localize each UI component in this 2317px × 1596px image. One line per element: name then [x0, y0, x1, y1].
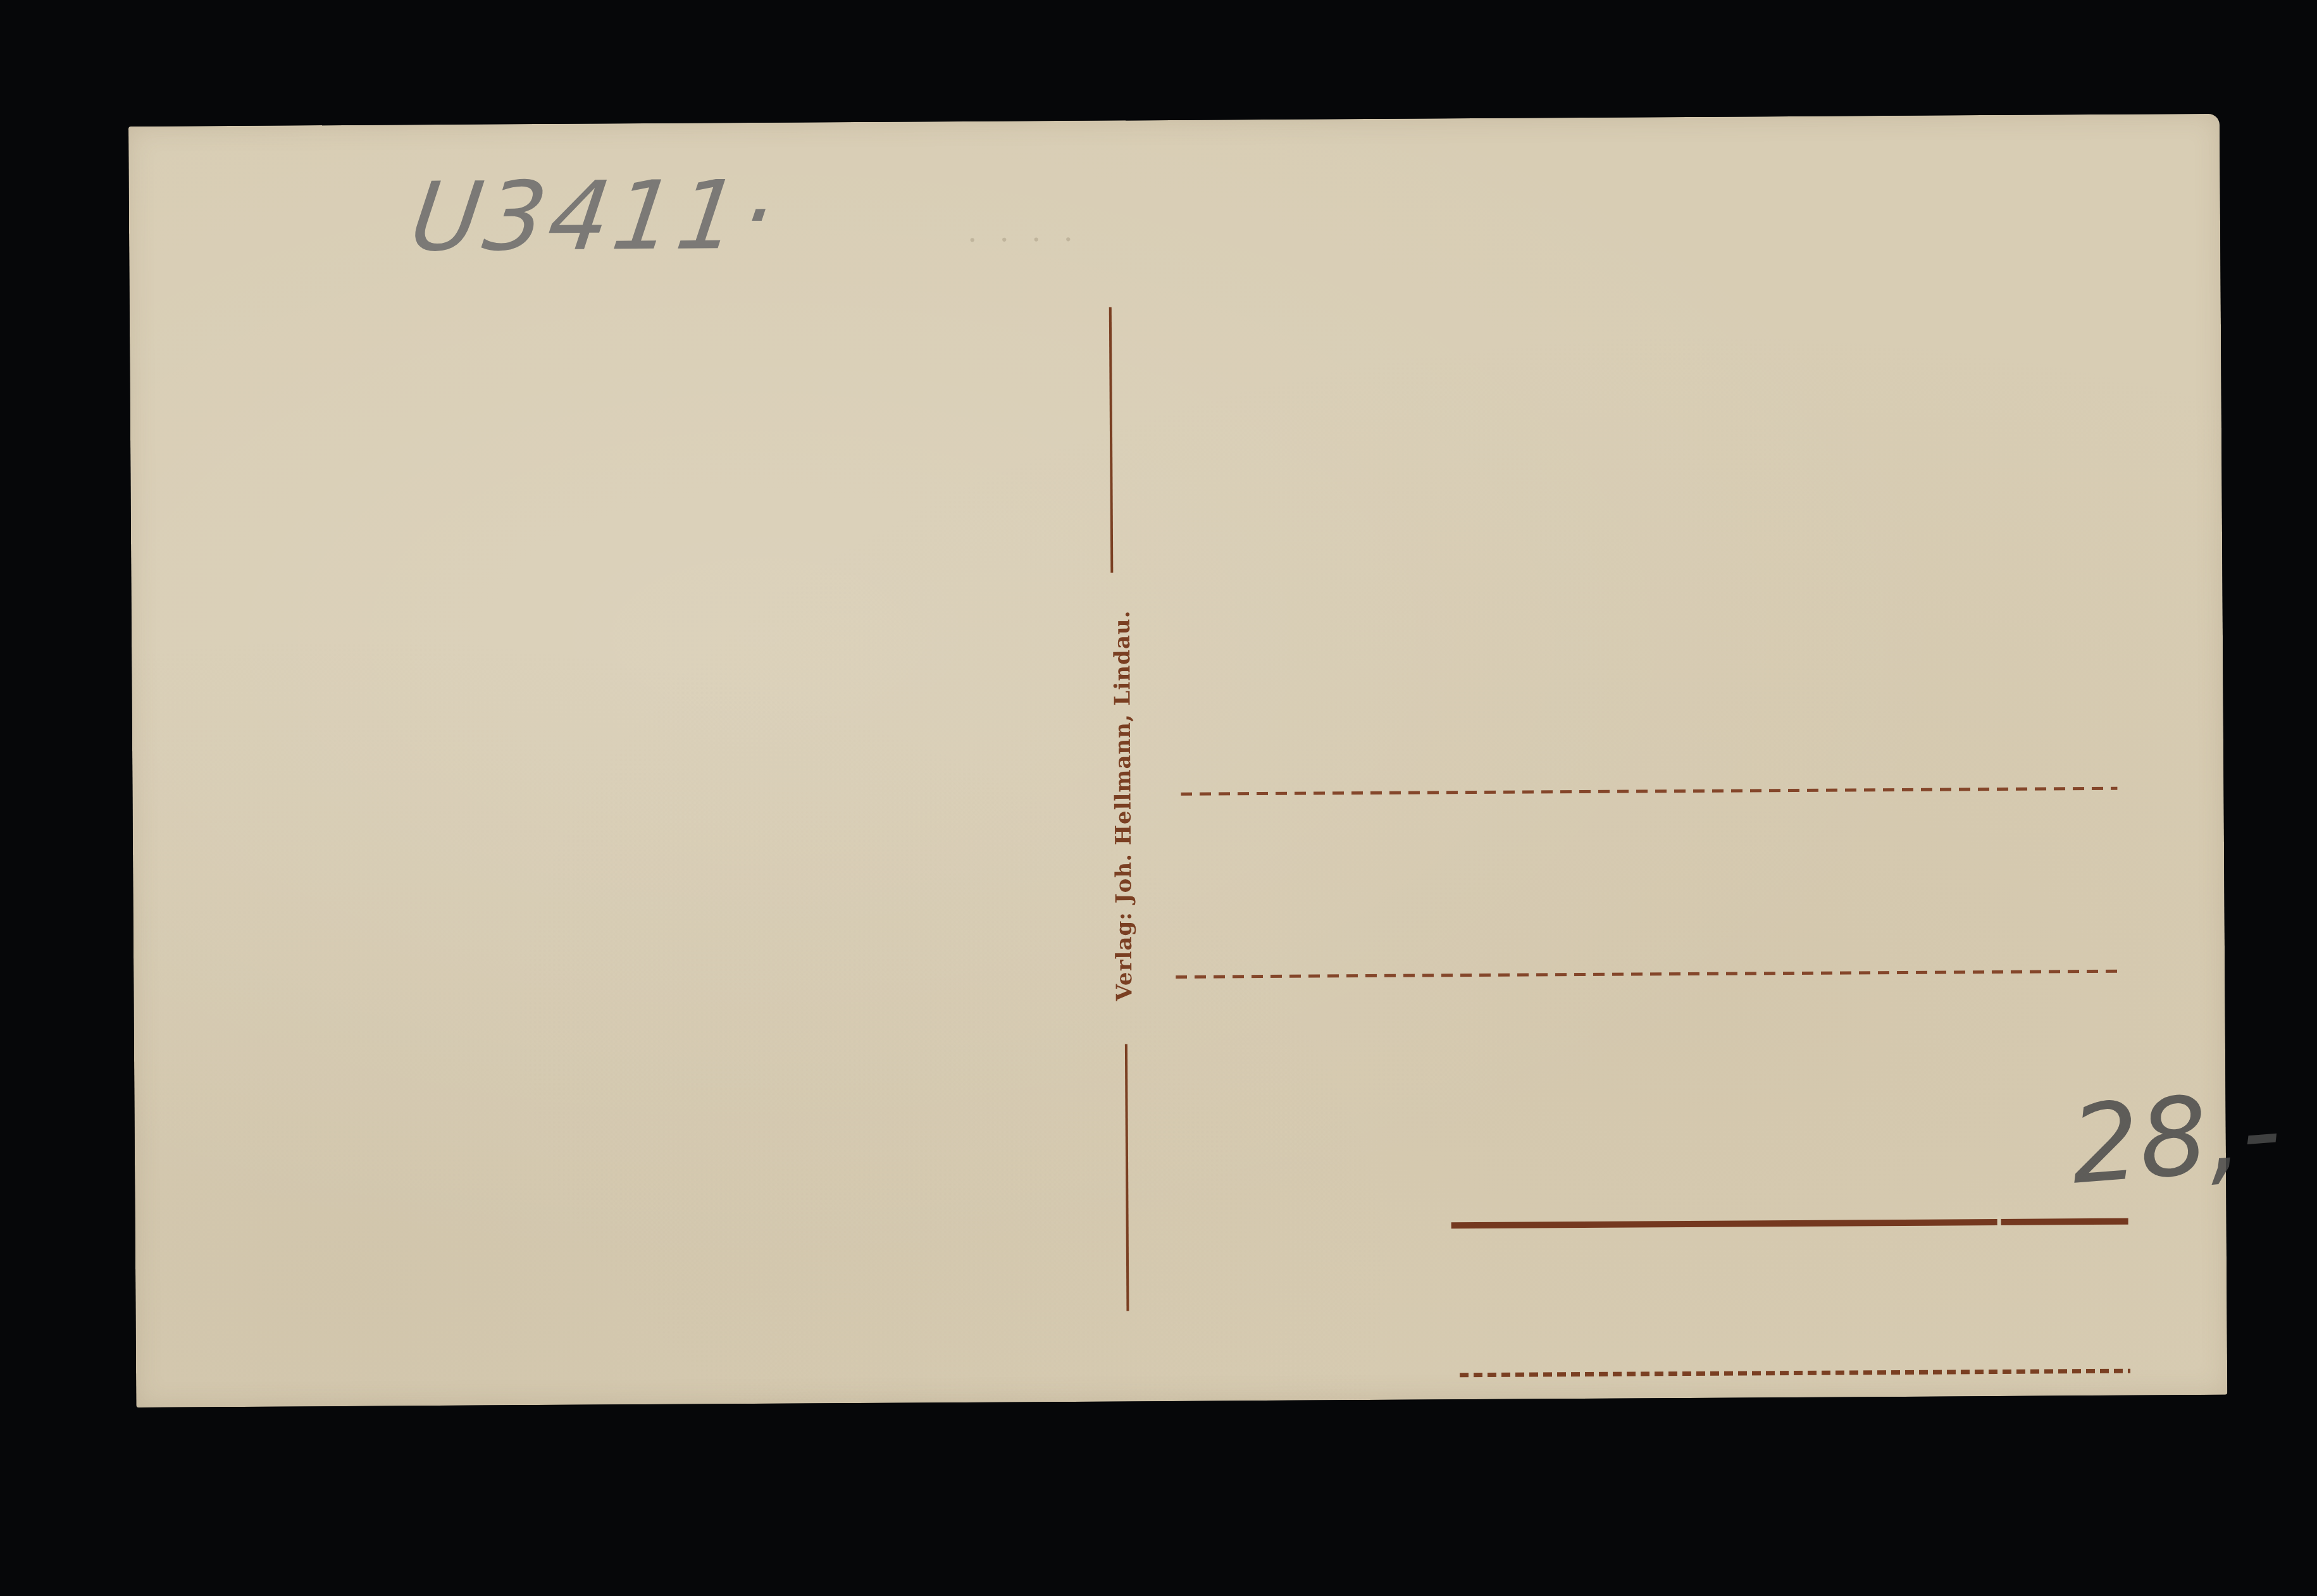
pencil-price: 28,- — [2066, 1068, 2285, 1209]
pencil-inventory-number: U3411· — [404, 161, 783, 273]
publisher-text: Verlag: Joh. Hellmann, Lindau. — [1110, 610, 1138, 1001]
solid-line-gap — [1997, 1216, 2001, 1228]
address-line-2 — [1176, 970, 2121, 979]
address-line-4 — [1460, 1369, 2130, 1377]
divider-line-upper — [1109, 307, 1114, 573]
bleed-through-marks: · · · · — [967, 222, 1079, 258]
address-line-1 — [1181, 787, 2117, 796]
address-line-3-solid — [1451, 1218, 2128, 1229]
postcard-back: U3411· · · · · Verlag: Joh. Hellmann, Li… — [128, 114, 2227, 1407]
divider-line-lower — [1125, 1044, 1129, 1311]
